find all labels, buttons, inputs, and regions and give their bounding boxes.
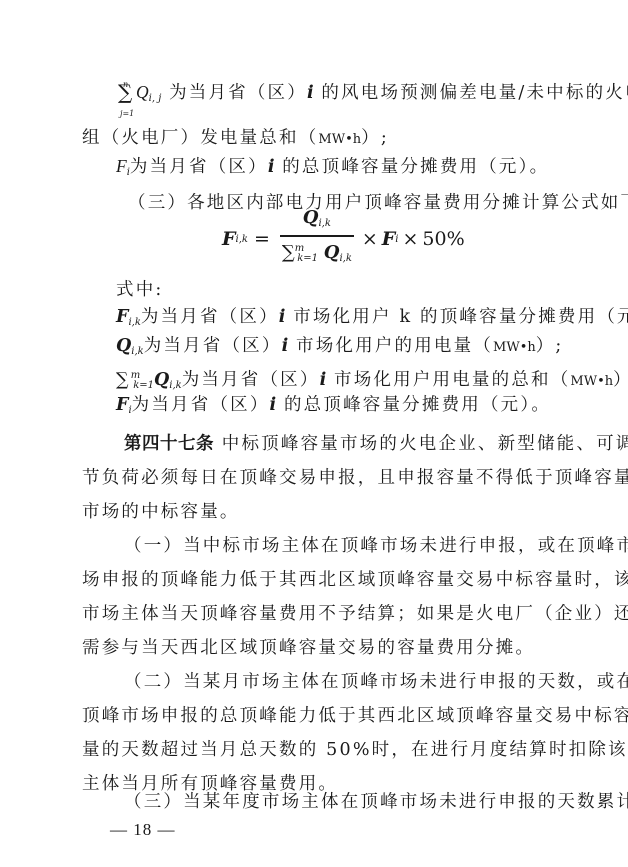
sum-symbol: n ∑ j=1 [116,82,136,106]
article-title: 第四十七条 [124,434,214,454]
def-q-ik: Qi,k为当月省（区）i 市场化用户的用电量（MW•h）; [116,334,564,364]
article-47-line2: 节负荷必须每日在顶峰交易申报，且申报容量不得低于顶峰容量 [82,466,628,490]
item-2-line3: 量的天数超过当月总天数的 50%时，在进行月度结算时扣除该市场 [82,738,628,762]
item-1-line2: 场申报的顶峰能力低于其西北区域顶峰容量交易中标容量时，该 [82,568,628,592]
where-label: 式中: [116,278,164,302]
def-f-ik: Fi,k为当月省（区）i 市场化用户 k 的顶峰容量分摊费用（元）; [116,305,628,335]
section-3-heading: （三）各地区内部电力用户顶峰容量费用分摊计算公式如下: [128,191,628,215]
def-sum-q-line2: 组（火电厂）发电量总和（MW•h）; [82,126,389,152]
def-f-i: Fi为当月省（区）i 的总顶峰容量分摊费用（元）。 [116,154,549,185]
item-1-line3: 市场主体当天顶峰容量费用不予结算；如果是火电厂（企业）还 [82,602,628,626]
item-2-line2: 顶峰市场申报的总顶峰能力低于其西北区域顶峰容量交易中标容 [82,704,628,728]
def-f-i-2: Fi为当月省（区）i 的总顶峰容量分摊费用（元）。 [116,393,551,423]
item-1-line4: 需参与当天西北区域顶峰容量交易的容量费用分摊。 [82,636,535,660]
def-sum-q-line1: n ∑ j=1 Qi, j 为当月省（区）i 的风电场预测偏差电量/未中标的火电… [116,80,628,111]
item-1-line1: （一）当中标市场主体在顶峰市场未进行申报，或在顶峰市 [124,534,628,558]
fraction: Qi,k ∑mk=1 Qi,k [280,207,354,271]
article-47-line3: 市场的中标容量。 [82,500,240,524]
article-47-line1: 第四十七条 中标顶峰容量市场的火电企业、新型储能、可调 [124,432,628,456]
item-3-line1: （三）当某年度市场主体在顶峰市场未进行申报的天数累计 [124,790,628,814]
page-number: — 18 — [110,820,176,840]
item-2-line1: （二）当某月市场主体在顶峰市场未进行申报的天数，或在 [124,670,628,694]
cost-allocation-formula: Fi,k = Qi,k ∑mk=1 Qi,k × Fi × 50% [222,214,465,264]
